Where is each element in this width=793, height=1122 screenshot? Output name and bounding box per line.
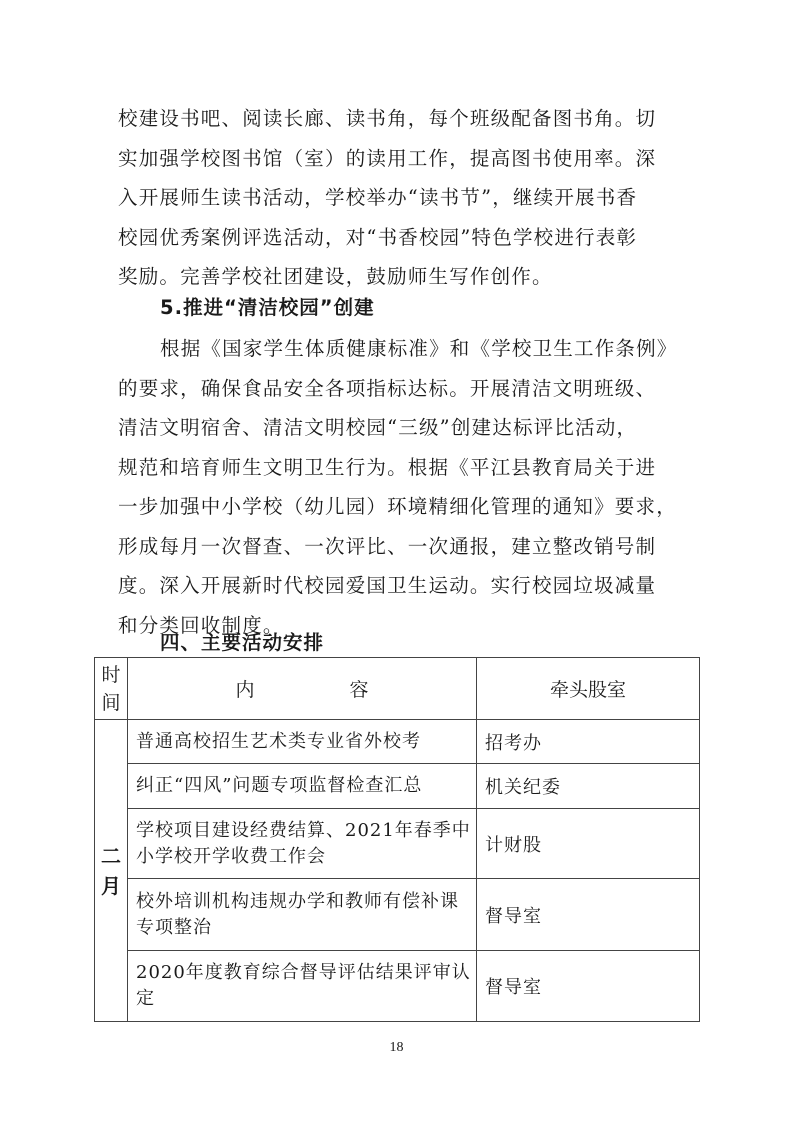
page-number: 18	[0, 1040, 793, 1056]
dept-cell: 机关纪委	[477, 764, 700, 809]
content-cell: 纠正“四风”问题专项监督检查汇总	[128, 764, 477, 809]
dept-cell: 督导室	[477, 879, 700, 951]
dept-cell: 督导室	[477, 951, 700, 1022]
text-line: 实加强学校图书馆（室）的读用工作，提高图书使用率。深	[118, 139, 678, 179]
text-line: 的要求，确保食品安全各项指标达标。开展清洁文明班级、	[118, 369, 678, 409]
table-row: 二 月 普通高校招生艺术类专业省外校考 招考办	[95, 720, 700, 764]
text-line: 校园优秀案例评选活动，对“书香校园”特色学校进行表彰	[118, 218, 678, 258]
content-cell: 校外培训机构违规办学和教师有偿补课专项整治	[128, 879, 477, 951]
table-row: 纠正“四风”问题专项监督检查汇总 机关纪委	[95, 764, 700, 809]
content-cell: 普通高校招生艺术类专业省外校考	[128, 720, 477, 764]
text-line: 奖励。完善学校社团建设，鼓励师生写作创作。	[118, 257, 678, 297]
text-line: 清洁文明宿舍、清洁文明校园“三级”创建达标评比活动，	[118, 408, 678, 448]
header-content: 内 容	[128, 658, 477, 720]
dept-cell: 计财股	[477, 809, 700, 879]
header-dept: 牵头股室	[477, 658, 700, 720]
text-line: 校建设书吧、阅读长廊、读书角，每个班级配备图书角。切	[118, 99, 678, 139]
table-header-row: 时 间 内 容 牵头股室	[95, 658, 700, 720]
text-line: 入开展师生读书活动，学校举办“读书节”，继续开展书香	[118, 178, 678, 218]
text-line: 根据《国家学生体质健康标准》和《学校卫生工作条例》	[118, 329, 678, 369]
header-time: 时 间	[95, 658, 128, 720]
content-cell: 2020年度教育综合督导评估结果评审认定	[128, 951, 477, 1022]
section-heading-clean-campus: 5.推进“清洁校园”创建	[160, 292, 375, 320]
content-cell: 学校项目建设经费结算、2021年春季中小学校开学收费工作会	[128, 809, 477, 879]
table-row: 2020年度教育综合督导评估结果评审认定 督导室	[95, 951, 700, 1022]
paragraph-clean-campus: 根据《国家学生体质健康标准》和《学校卫生工作条例》 的要求，确保食品安全各项指标…	[118, 329, 678, 645]
text-line: 规范和培育师生文明卫生行为。根据《平江县教育局关于进	[118, 448, 678, 488]
table-row: 校外培训机构违规办学和教师有偿补课专项整治 督导室	[95, 879, 700, 951]
month-cell: 二 月	[95, 720, 128, 1022]
text-line: 形成每月一次督查、一次评比、一次通报，建立整改销号制	[118, 527, 678, 567]
section-heading-main-activities: 四、主要活动安排	[160, 627, 324, 655]
paragraph-reading-campus: 校建设书吧、阅读长廊、读书角，每个班级配备图书角。切 实加强学校图书馆（室）的读…	[118, 99, 678, 297]
table-row: 学校项目建设经费结算、2021年春季中小学校开学收费工作会 计财股	[95, 809, 700, 879]
activity-schedule-table: 时 间 内 容 牵头股室 二 月 普通高校招生艺术类专业省外校考 招考办 纠正“…	[94, 657, 700, 1022]
text-line: 一步加强中小学校（幼儿园）环境精细化管理的通知》要求，	[118, 487, 678, 527]
text-line: 度。深入开展新时代校园爱国卫生运动。实行校园垃圾减量	[118, 566, 678, 606]
dept-cell: 招考办	[477, 720, 700, 764]
